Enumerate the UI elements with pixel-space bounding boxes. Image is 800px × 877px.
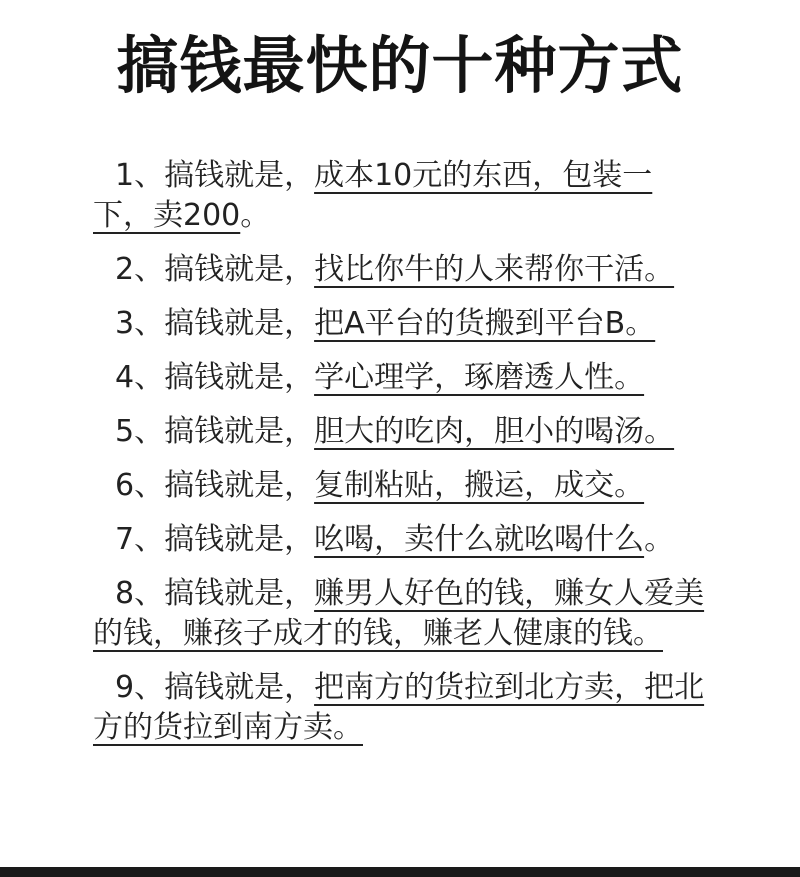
list-item: 6、搞钱就是，复制粘贴，搬运，成交。: [93, 466, 710, 506]
list-item: 4、搞钱就是，学心理学，琢磨透人性。: [93, 358, 710, 398]
list-item: 2、搞钱就是，找比你牛的人来帮你干活。: [93, 250, 710, 290]
item-prefix: 6、搞钱就是，: [115, 468, 314, 503]
item-prefix: 8、搞钱就是，: [115, 576, 314, 611]
item-suffix: 。: [240, 198, 270, 233]
item-underlined-text: 胆大的吃肉，胆小的喝汤。: [314, 414, 674, 449]
item-prefix: 2、搞钱就是，: [115, 252, 314, 287]
page-title: 搞钱最快的十种方式: [0, 28, 800, 104]
list-item: 8、搞钱就是，赚男人好色的钱，赚女人爱美的钱，赚孩子成才的钱，赚老人健康的钱。: [93, 574, 710, 654]
item-underlined-text: 吆喝，卖什么就吆喝什么: [314, 522, 644, 557]
bottom-edge-bar: [0, 867, 800, 877]
item-suffix: 。: [644, 522, 674, 557]
item-underlined-text: 找比你牛的人来帮你干活。: [314, 252, 674, 287]
list-item: 9、搞钱就是，把南方的货拉到北方卖，把北方的货拉到南方卖。: [93, 668, 710, 748]
item-prefix: 1、搞钱就是，: [115, 158, 314, 193]
item-prefix: 4、搞钱就是，: [115, 360, 314, 395]
list-item: 5、搞钱就是，胆大的吃肉，胆小的喝汤。: [93, 412, 710, 452]
item-underlined-text: 学心理学，琢磨透人性。: [314, 360, 644, 395]
item-prefix: 3、搞钱就是，: [115, 306, 314, 341]
item-prefix: 7、搞钱就是，: [115, 522, 314, 557]
item-underlined-text: 把A平台的货搬到平台B。: [314, 306, 655, 341]
item-underlined-text: 复制粘贴，搬运，成交。: [314, 468, 644, 503]
list-item: 7、搞钱就是，吆喝，卖什么就吆喝什么。: [93, 520, 710, 560]
list-item: 1、搞钱就是，成本10元的东西，包装一下，卖200。: [93, 156, 710, 236]
item-prefix: 5、搞钱就是，: [115, 414, 314, 449]
item-prefix: 9、搞钱就是，: [115, 670, 314, 705]
list-item: 3、搞钱就是，把A平台的货搬到平台B。: [93, 304, 710, 344]
money-tips-list: 1、搞钱就是，成本10元的东西，包装一下，卖200。 2、搞钱就是，找比你牛的人…: [93, 156, 710, 748]
